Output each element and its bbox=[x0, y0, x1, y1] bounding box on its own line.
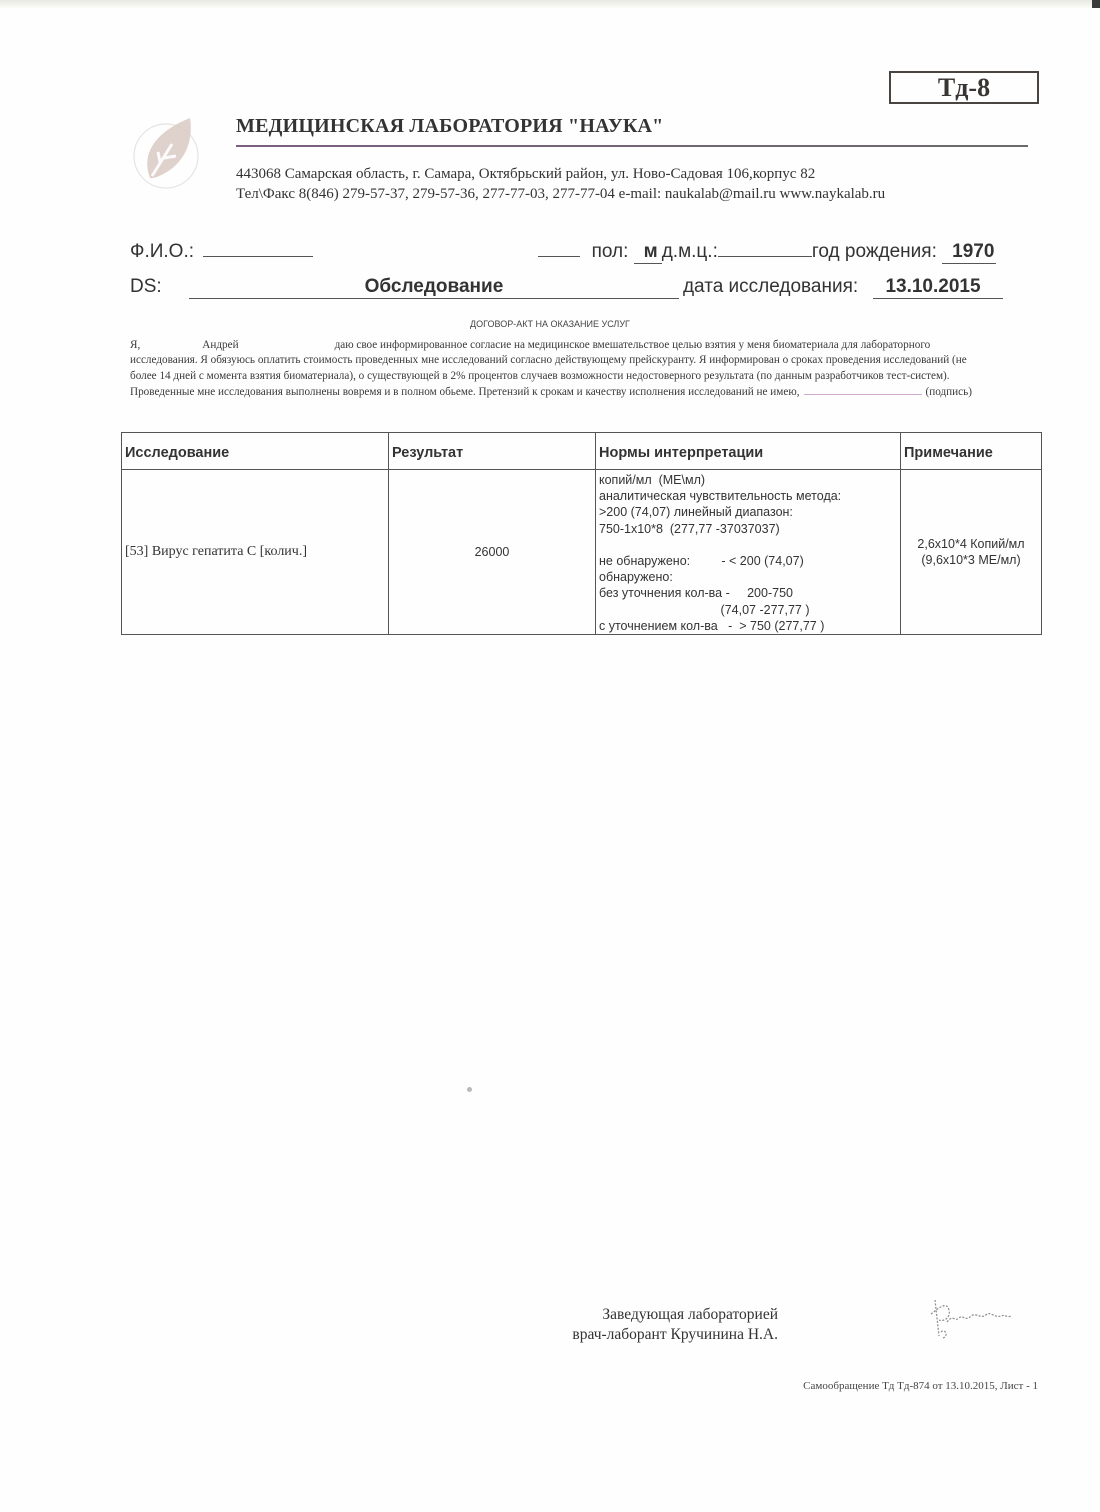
cell-test: [53] Вирус гепатита С [колич.] bbox=[122, 470, 389, 635]
signature-field bbox=[804, 384, 922, 395]
ds-label: DS: bbox=[130, 276, 162, 297]
ds-value: Обследование bbox=[189, 276, 679, 299]
cell-result: 26000 bbox=[389, 470, 596, 635]
signer-name: врач-лаборант Кручинина Н.А. bbox=[540, 1325, 778, 1345]
results-table: Исследование Результат Нормы интерпретац… bbox=[121, 432, 1042, 635]
sex-label: пол: bbox=[592, 241, 629, 262]
table-row: [53] Вирус гепатита С [колич.] 26000 коп… bbox=[122, 470, 1042, 635]
consent-line-4: Проведенные мне исследования выполнены в… bbox=[130, 386, 800, 398]
patient-row-2: DS: Обследованиедата исследования: 13.10… bbox=[130, 276, 1003, 299]
leaf-logo-icon bbox=[128, 112, 208, 192]
dmc-label: д.м.ц.: bbox=[662, 241, 718, 262]
note-line-1: 2,6x10*4 Копий/мл bbox=[904, 536, 1038, 552]
birth-year-label: год рождения: bbox=[812, 241, 937, 262]
consent-prefix: Я, bbox=[130, 339, 140, 351]
cell-note: 2,6x10*4 Копий/мл (9,6x10*3 МЕ/мл) bbox=[901, 470, 1042, 635]
birth-year-value: 1970 bbox=[942, 241, 996, 264]
header-norms: Нормы интерпретации bbox=[596, 433, 901, 470]
scan-corner bbox=[1092, 0, 1100, 8]
scan-speck bbox=[467, 1087, 472, 1092]
handwritten-signature-icon bbox=[925, 1292, 1015, 1342]
table-header-row: Исследование Результат Нормы интерпретац… bbox=[122, 433, 1042, 470]
study-date-label: дата исследования: bbox=[683, 276, 858, 297]
form-code-box: Тд-8 bbox=[889, 71, 1039, 104]
dmc-field bbox=[718, 238, 812, 257]
consent-name: Андрей bbox=[202, 339, 238, 351]
lab-address: 443068 Самарская область, г. Самара, Окт… bbox=[236, 166, 815, 183]
consent-line-1: даю свое информированное согласие на мед… bbox=[335, 339, 931, 351]
note-line-2: (9,6x10*3 МЕ/мл) bbox=[904, 552, 1038, 568]
signature-label: (подпись) bbox=[926, 386, 972, 398]
header-test: Исследование bbox=[122, 433, 389, 470]
consent-line-3: более 14 дней с момента взятия биоматери… bbox=[130, 369, 1030, 384]
consent-text: Я,Андрейдаю свое информированное согласи… bbox=[130, 338, 1030, 400]
fio-field-b bbox=[538, 238, 580, 257]
lab-title: МЕДИЦИНСКАЯ ЛАБОРАТОРИЯ "НАУКА" bbox=[236, 115, 664, 138]
lab-contacts: Тел\Факс 8(846) 279-57-37, 279-57-36, 27… bbox=[236, 186, 885, 203]
title-divider bbox=[236, 145, 1028, 147]
patient-row-1: Ф.И.О.: пол: мд.м.ц.:год рождения: 1970 bbox=[130, 238, 996, 264]
scan-edge bbox=[0, 0, 1100, 8]
footer-reference: Самообращение Тд Тд-874 от 13.10.2015, Л… bbox=[803, 1380, 1038, 1392]
fio-label: Ф.И.О.: bbox=[130, 241, 194, 262]
signer-position: Заведующая лабораторией bbox=[540, 1305, 778, 1325]
consent-line-2: исследования. Я обязуюсь оплатить стоимо… bbox=[130, 353, 1030, 368]
study-date-value: 13.10.2015 bbox=[873, 276, 1002, 299]
fio-field-a bbox=[203, 238, 313, 257]
header-note: Примечание bbox=[901, 433, 1042, 470]
contract-title: ДОГОВОР-АКТ НА ОКАЗАНИЕ УСЛУГ bbox=[0, 319, 1100, 329]
signer-block: Заведующая лабораторией врач-лаборант Кр… bbox=[540, 1305, 778, 1345]
header-result: Результат bbox=[389, 433, 596, 470]
cell-norms: копий/мл (МЕ\мл) аналитическая чувствите… bbox=[596, 470, 901, 635]
sex-value: м bbox=[634, 241, 662, 264]
